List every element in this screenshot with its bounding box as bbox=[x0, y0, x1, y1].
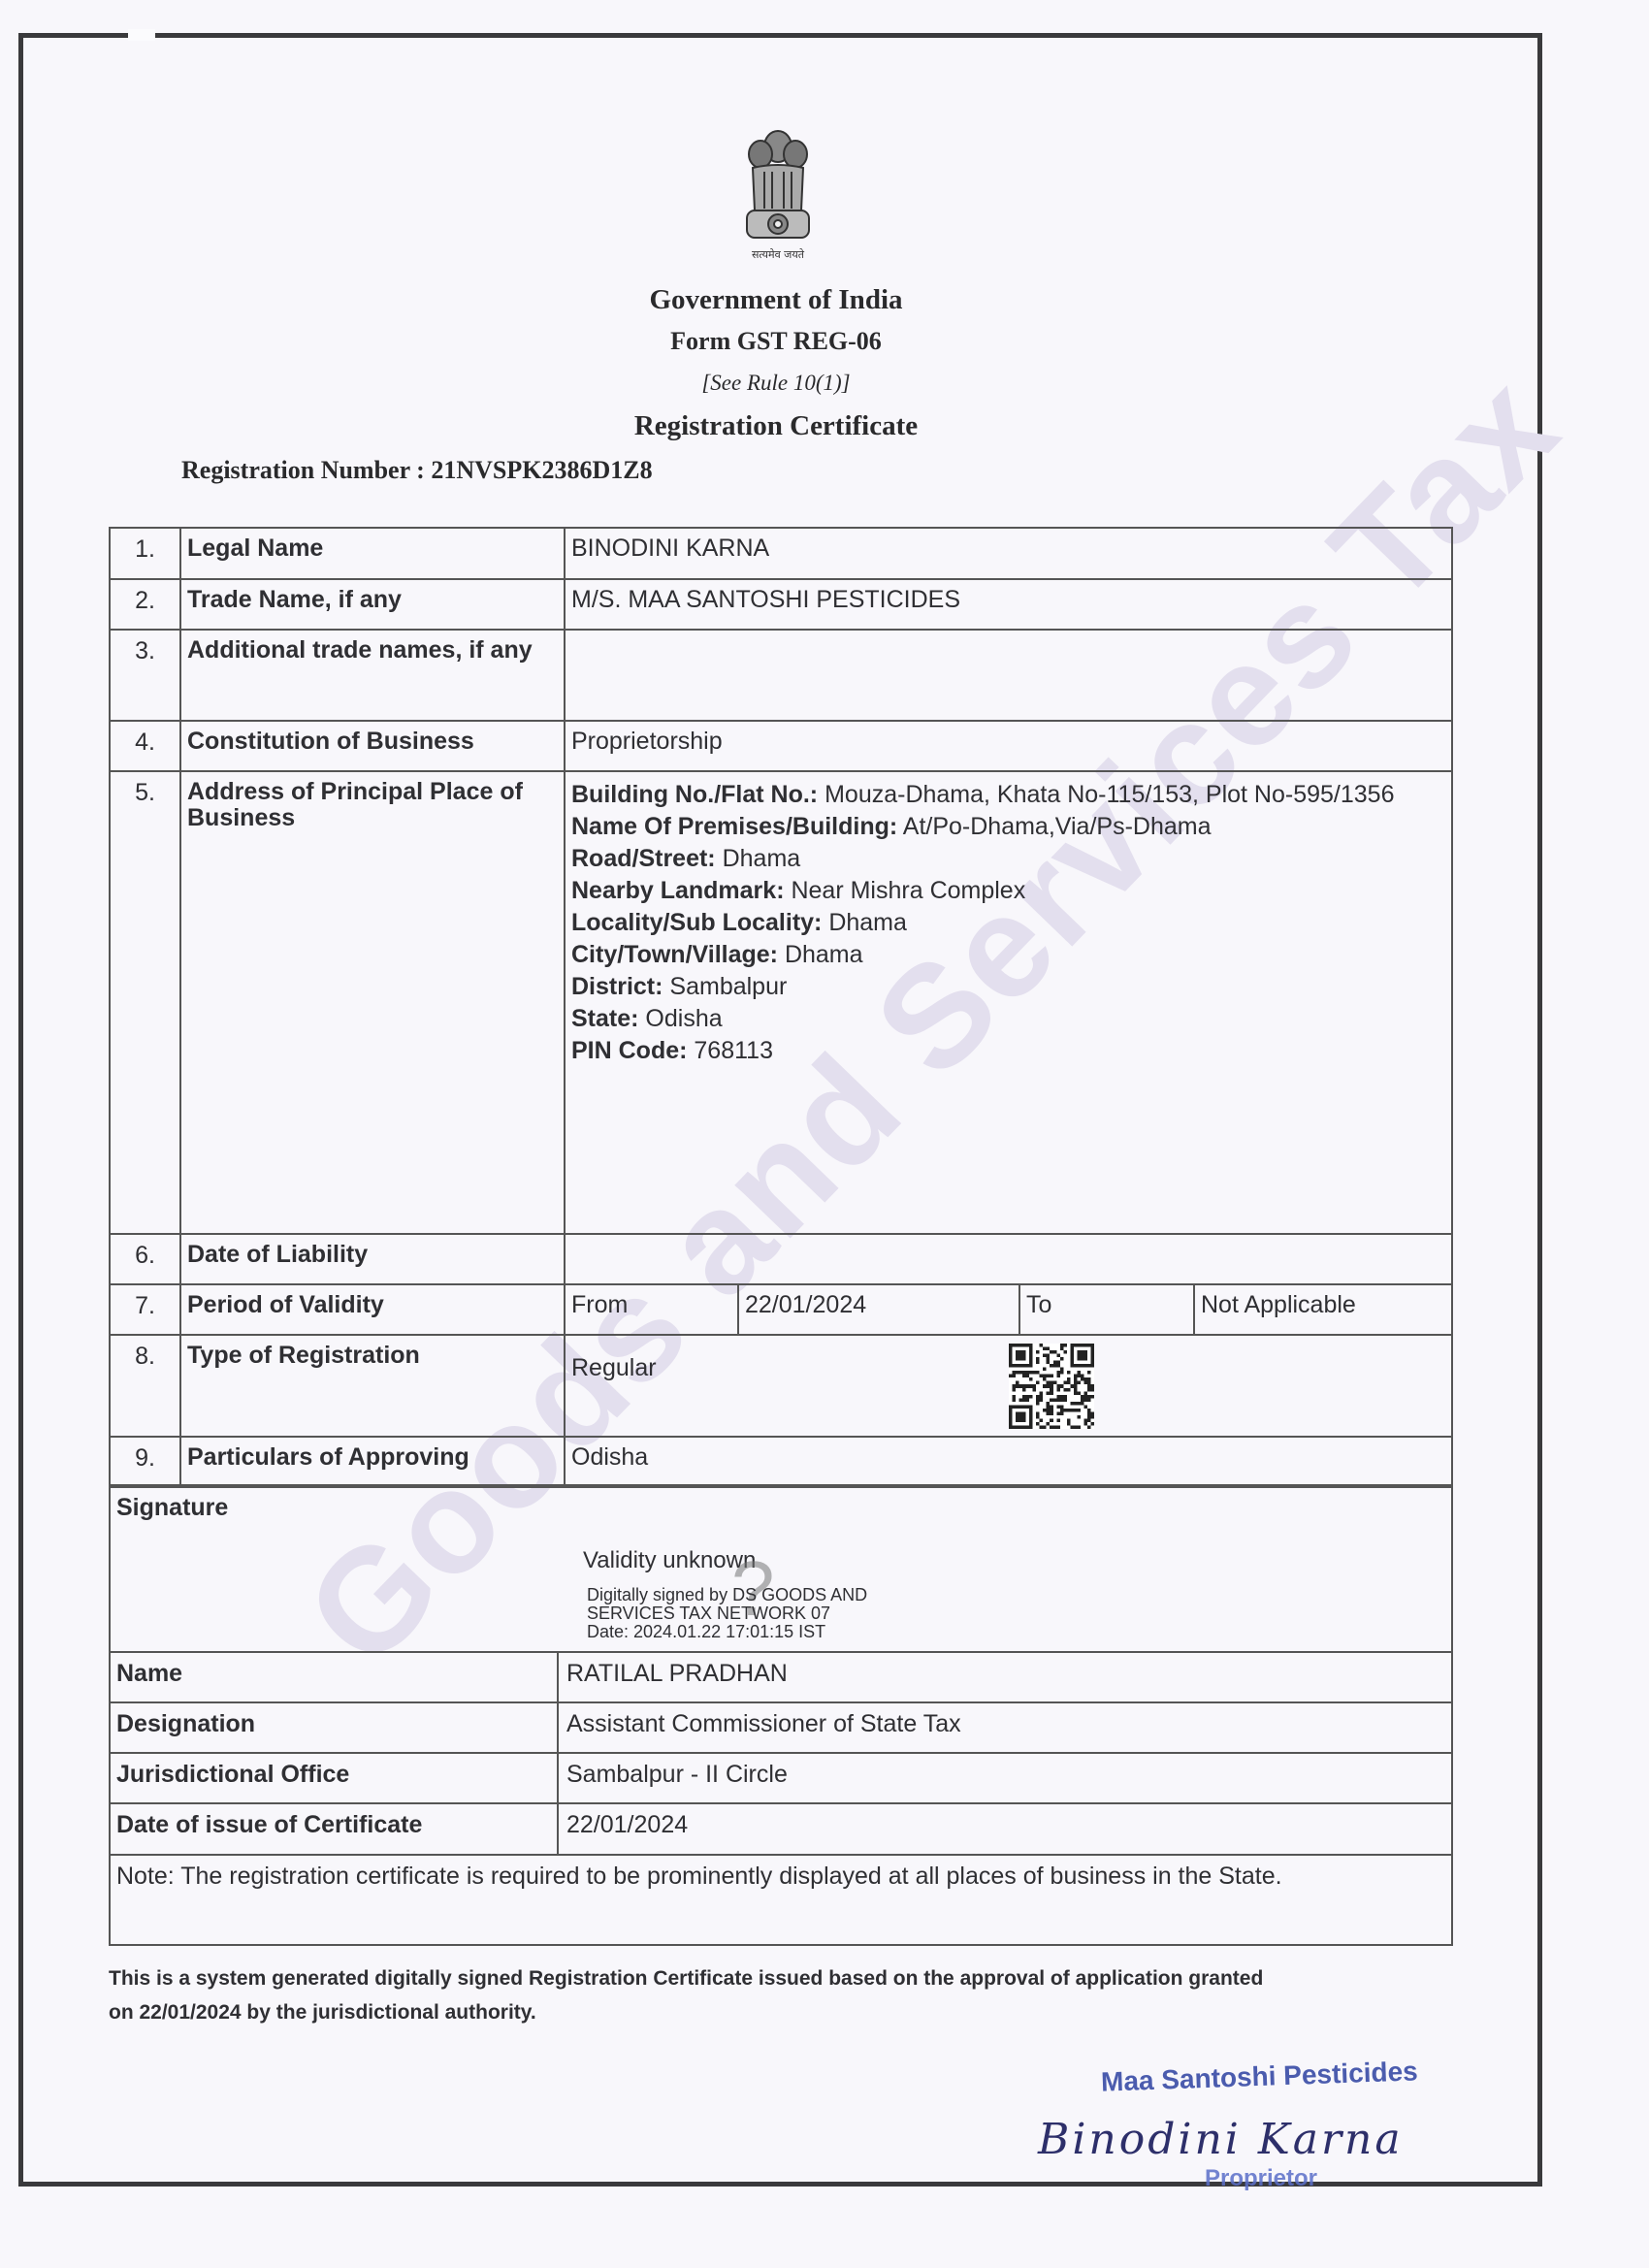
address-line: PIN Code: 768113 bbox=[571, 1035, 1445, 1067]
details-table: 1. Legal Name BINODINI KARNA 2. Trade Na… bbox=[109, 527, 1453, 1488]
row-label: Type of Registration bbox=[180, 1335, 565, 1437]
table-row: 3. Additional trade names, if any bbox=[110, 630, 1452, 721]
trade-name-value: M/S. MAA SANTOSHI PESTICIDES bbox=[565, 579, 1452, 630]
approving-particulars-value: Odisha bbox=[565, 1437, 1452, 1487]
table-row: Designation Assistant Commissioner of St… bbox=[110, 1702, 1452, 1753]
row-label: Address of Principal Place of Business bbox=[180, 771, 565, 1234]
signature-row: Signature Validity unknown ? Digitally s… bbox=[110, 1485, 1452, 1652]
signature-label: Signature bbox=[116, 1494, 228, 1522]
table-row: 6. Date of Liability bbox=[110, 1234, 1452, 1284]
row-label: Period of Validity bbox=[180, 1284, 565, 1335]
row-number: 2. bbox=[110, 579, 180, 630]
row-number: 6. bbox=[110, 1234, 180, 1284]
form-heading: Form GST REG-06 bbox=[0, 327, 1552, 356]
legal-name-value: BINODINI KARNA bbox=[565, 528, 1452, 579]
row-number: 5. bbox=[110, 771, 180, 1234]
address-line: Locality/Sub Locality: Dhama bbox=[571, 907, 1445, 939]
constitution-value: Proprietorship bbox=[565, 721, 1452, 771]
address-line: City/Town/Village: Dhama bbox=[571, 939, 1445, 971]
address-line: Road/Street: Dhama bbox=[571, 843, 1445, 875]
table-row: Date of issue of Certificate 22/01/2024 bbox=[110, 1803, 1452, 1855]
validity-to-label: To bbox=[1019, 1284, 1194, 1335]
row-label: Additional trade names, if any bbox=[180, 630, 565, 721]
ds-line: SERVICES TAX NETWORK 07 bbox=[587, 1604, 867, 1623]
officer-label: Jurisdictional Office bbox=[110, 1753, 558, 1803]
ds-date: Date: 2024.01.22 17:01:15 IST bbox=[587, 1623, 867, 1641]
handwritten-signature: Binodini Karna bbox=[1038, 2115, 1404, 2164]
validity-from-value: 22/01/2024 bbox=[738, 1284, 1019, 1335]
officer-label: Name bbox=[110, 1652, 558, 1702]
rule-reference: [See Rule 10(1)] bbox=[0, 371, 1552, 396]
row-number: 1. bbox=[110, 528, 180, 579]
signature-cell: Signature Validity unknown ? Digitally s… bbox=[110, 1485, 1452, 1652]
system-generated-notice: This is a system generated digitally sig… bbox=[109, 1961, 1467, 2029]
date-of-liability-value bbox=[565, 1234, 1452, 1284]
jurisdictional-office-value: Sambalpur - II Circle bbox=[558, 1753, 1452, 1803]
table-row: Jurisdictional Office Sambalpur - II Cir… bbox=[110, 1753, 1452, 1803]
table-row: 8. Type of Registration Regular bbox=[110, 1335, 1452, 1437]
officer-label: Date of issue of Certificate bbox=[110, 1803, 558, 1855]
registration-number-label: Registration Number : bbox=[181, 456, 425, 484]
note-text: Note: The registration certificate is re… bbox=[110, 1855, 1452, 1945]
row-number: 4. bbox=[110, 721, 180, 771]
digital-signature-info: Digitally signed by DS GOODS AND SERVICE… bbox=[587, 1586, 867, 1641]
issuer-heading: Government of India bbox=[0, 284, 1552, 316]
address-line: District: Sambalpur bbox=[571, 971, 1445, 1003]
qr-code-icon bbox=[1009, 1344, 1094, 1429]
table-row: 5. Address of Principal Place of Busines… bbox=[110, 771, 1452, 1234]
issue-date-value: 22/01/2024 bbox=[558, 1803, 1452, 1855]
row-label: Legal Name bbox=[180, 528, 565, 579]
address-line: Name Of Premises/Building: At/Po-Dhama,V… bbox=[571, 811, 1445, 843]
notice-line: This is a system generated digitally sig… bbox=[109, 1961, 1467, 1995]
ds-line: Digitally signed by DS GOODS AND bbox=[587, 1586, 867, 1604]
row-number: 8. bbox=[110, 1335, 180, 1437]
proprietor-stamp: Proprietor bbox=[1205, 2165, 1317, 2192]
registration-number: Registration Number : 21NVSPK2386D1Z8 bbox=[181, 456, 653, 485]
table-row: 9. Particulars of Approving Odisha bbox=[110, 1437, 1452, 1487]
table-row: 7. Period of Validity From 22/01/2024 To… bbox=[110, 1284, 1452, 1335]
border-tear bbox=[128, 29, 155, 41]
officer-name-value: RATILAL PRADHAN bbox=[558, 1652, 1452, 1702]
row-number: 7. bbox=[110, 1284, 180, 1335]
row-label: Particulars of Approving bbox=[180, 1437, 565, 1487]
table-row: Name RATILAL PRADHAN bbox=[110, 1652, 1452, 1702]
row-label: Constitution of Business bbox=[180, 721, 565, 771]
notice-line: on 22/01/2024 by the jurisdictional auth… bbox=[109, 1995, 1467, 2029]
row-label: Date of Liability bbox=[180, 1234, 565, 1284]
address-line: Building No./Flat No.: Mouza-Dhama, Khat… bbox=[571, 779, 1445, 811]
certificate-title: Registration Certificate bbox=[0, 410, 1552, 442]
validity-status: Validity unknown bbox=[583, 1547, 756, 1574]
registration-number-value: 21NVSPK2386D1Z8 bbox=[431, 456, 652, 484]
state-emblem-icon bbox=[739, 121, 817, 255]
address-value: Building No./Flat No.: Mouza-Dhama, Khat… bbox=[565, 771, 1452, 1234]
table-row: 1. Legal Name BINODINI KARNA bbox=[110, 528, 1452, 579]
address-line: Nearby Landmark: Near Mishra Complex bbox=[571, 875, 1445, 907]
validity-from-label: From bbox=[565, 1284, 738, 1335]
note-row: Note: The registration certificate is re… bbox=[110, 1855, 1452, 1945]
validity-to-value: Not Applicable bbox=[1194, 1284, 1452, 1335]
row-number: 9. bbox=[110, 1437, 180, 1487]
officer-table: Signature Validity unknown ? Digitally s… bbox=[109, 1484, 1453, 1946]
table-row: 4. Constitution of Business Proprietorsh… bbox=[110, 721, 1452, 771]
table-row: 2. Trade Name, if any M/S. MAA SANTOSHI … bbox=[110, 579, 1452, 630]
address-line: State: Odisha bbox=[571, 1003, 1445, 1035]
row-label: Trade Name, if any bbox=[180, 579, 565, 630]
designation-value: Assistant Commissioner of State Tax bbox=[558, 1702, 1452, 1753]
row-number: 3. bbox=[110, 630, 180, 721]
officer-label: Designation bbox=[110, 1702, 558, 1753]
additional-trade-names-value bbox=[565, 630, 1452, 721]
